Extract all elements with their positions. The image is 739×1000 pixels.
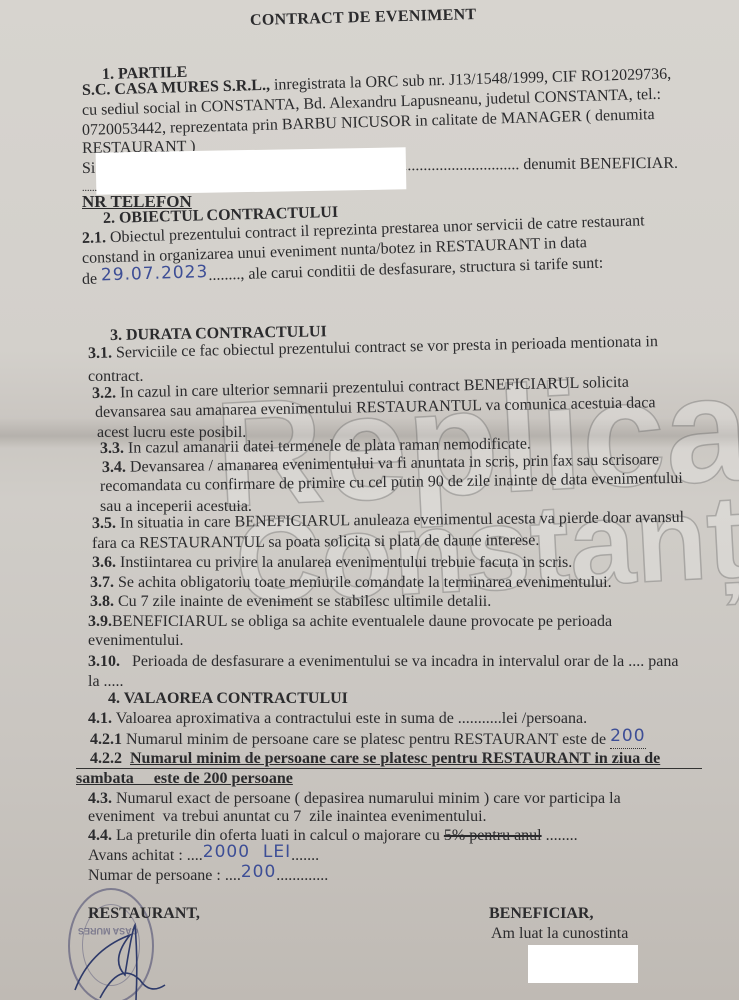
redacted-beneficiar-name	[96, 147, 407, 194]
advance-paid-handwritten: 2000 LEI	[203, 842, 291, 862]
persons-count-line: Numar de persoane : ....200.............	[88, 866, 328, 885]
dots: .............	[276, 867, 328, 884]
beneficiar-dots: ..............................	[399, 156, 519, 174]
clause-number: 3.3.	[100, 440, 124, 457]
clause-text: Valoarea aproximativa a contractului est…	[112, 710, 587, 727]
clause-4-2-1: 4.2.1 Numarul minim de persoane care se …	[90, 730, 646, 749]
clause-number: 4.3.	[88, 790, 112, 807]
persons-count-label: Numar de persoane : ....	[88, 867, 241, 884]
clause-text: BENEFICIARUL se obliga sa achite eventua…	[112, 613, 612, 630]
clause-4-2-2-line2: sambata este de 200 persoane	[76, 770, 293, 788]
dots: ........	[542, 827, 578, 844]
clause-3-10-line2: la .....	[88, 673, 124, 691]
document-title: CONTRACT DE EVENIMENT	[250, 6, 477, 30]
clause-number: 4.2.1	[90, 731, 122, 748]
persons-count-handwritten: 200	[241, 862, 276, 882]
dots: .......	[291, 847, 319, 864]
underline-rule	[76, 768, 702, 769]
clause-number: 4.2.2	[90, 750, 122, 767]
clause-4-3-line1: 4.3. Numarul exact de persoane ( depasir…	[88, 790, 621, 808]
clause-number: 3.9.	[88, 613, 112, 630]
struck-text: 5% pentru anul	[444, 827, 542, 844]
de-label: de	[82, 270, 102, 288]
clause-number: 3.1.	[88, 344, 112, 361]
clause-4-2-2-line1: 4.2.2 Numarul minim de persoane care se …	[90, 750, 660, 768]
signature-icon	[70, 920, 180, 1000]
clause-3-8: 3.8. Cu 7 zile inainte de eveniment se s…	[90, 593, 491, 611]
advance-paid-line: Avans achitat : ....2000 LEI.......	[88, 846, 319, 865]
clause-4-1: 4.1. Valoarea aproximativa a contractulu…	[88, 710, 587, 728]
clause-3-10-line1: 3.10. Perioada de desfasurare a evenimen…	[88, 653, 678, 671]
beneficiar-suffix: denumit BENEFICIAR.	[519, 155, 678, 173]
clause-text: Instiintarea cu privire la anularea even…	[116, 554, 572, 571]
clause-4-3-line2: eveniment va trebui anuntat cu 7 zile in…	[88, 808, 487, 826]
clause-number: 4.1.	[88, 710, 112, 727]
advance-paid-label: Avans achitat : ....	[88, 847, 203, 864]
clause-number: 3.5.	[92, 515, 116, 532]
clause-3-9-line1: 3.9.BENEFICIARUL se obliga sa achite eve…	[88, 613, 612, 631]
clause-text: Numarul minim de persoane care se plates…	[130, 750, 660, 767]
clause-text: Numarul minim de persoane care se plates…	[122, 731, 610, 748]
clause-4-4: 4.4. La preturile din oferta luati in ca…	[88, 827, 578, 845]
clause-number: 3.2.	[92, 384, 116, 401]
clause-number: 3.4.	[102, 459, 126, 476]
clause-text: Se achita obligatoriu toate meniurile co…	[114, 574, 612, 591]
clause-number: 3.10.	[88, 653, 120, 670]
clause-text: Cu 7 zile inainte de eveniment se stabil…	[114, 593, 491, 610]
clause-3-9-line2: evenimentului.	[88, 632, 184, 650]
clause-3-5-line2: fara ca RESTAURANTUL sa poata solicita s…	[92, 532, 539, 553]
min-persons-handwritten: 200	[610, 726, 645, 746]
si-label: Si	[82, 160, 95, 177]
clause-3-6: 3.6. Instiintarea cu privire la anularea…	[92, 554, 572, 572]
clause-number: 3.8.	[90, 593, 114, 610]
clause-text: Numarul exact de persoane ( depasirea nu…	[112, 790, 621, 807]
clause-number: 4.4.	[88, 827, 112, 844]
redacted-beneficiar-signature	[528, 945, 638, 983]
clause-3-7: 3.7. Se achita obligatoriu toate meniuri…	[90, 574, 612, 592]
clause-number: 3.7.	[90, 574, 114, 591]
event-date-handwritten: 29.07.2023	[101, 262, 209, 285]
clause-number: 3.6.	[92, 554, 116, 571]
beneficiar-acknowledgement: Am luat la cunostinta	[491, 925, 628, 943]
section4-heading: 4. VALAOREA CONTRACTULUI	[108, 690, 348, 708]
clause-text: Perioada de desfasurare a evenimentului …	[120, 653, 678, 670]
clause-number: 2.1.	[82, 229, 107, 247]
contract-page: Replica Constanța CONTRACT DE EVENIMENT …	[0, 0, 739, 1000]
beneficiar-signature-label: BENEFICIAR,	[489, 905, 593, 923]
